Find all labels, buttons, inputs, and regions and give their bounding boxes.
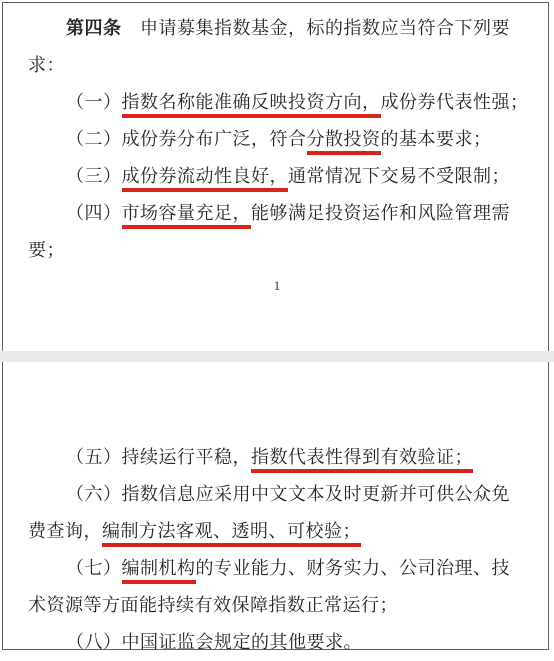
page-separator (0, 351, 554, 362)
text-segment: （六）指数信息应采用中文文本及时更新并可供公众免 (66, 484, 510, 504)
text-segment: 的专业能力、财务实力、公司治理、技 (196, 558, 511, 578)
text-line: （六）指数信息应采用中文文本及时更新并可供公众免 (28, 476, 554, 513)
text-line: 费查询，编制方法客观、透明、可校验； (28, 513, 528, 550)
text-segment: （七） (66, 558, 122, 578)
text-line: （四）市场容量充足，能够满足投资运作和风险管理需 (28, 195, 554, 232)
text-segment: （一） (66, 92, 122, 112)
text-segment: 费查询， (28, 521, 102, 541)
text-segment: 通常情况下交易不受限制； (288, 166, 510, 186)
text-line: （一）指数名称能准确反映投资方向，成份券代表性强； (28, 84, 554, 121)
pages-container: 第四条 申请募集指数基金，标的指数应当符合下列要求：（一）指数名称能准确反映投资… (0, 0, 554, 661)
text-segment: 成份券代表性强； (381, 92, 529, 112)
page-number: 1 (0, 278, 554, 294)
text-segment: 第四条 (66, 18, 122, 38)
text-segment: （八）中国证监会规定的其他要求。 (66, 632, 362, 652)
underlined-segment: 指数代表性得到有效验证； (251, 447, 473, 473)
text-segment: 能够满足投资运作和风险管理需 (251, 203, 510, 223)
text-segment: 求： (28, 55, 65, 75)
text-segment: 术资源等方面能持续有效保障指数正常运行； (28, 595, 398, 615)
document-canvas: 第四条 申请募集指数基金，标的指数应当符合下列要求：（一）指数名称能准确反映投资… (0, 0, 554, 661)
underlined-segment: 指数名称能准确反映投资方向， (122, 92, 381, 118)
text-segment: 要； (28, 240, 65, 260)
text-line: （二）成份券分布广泛，符合分散投资的基本要求； (28, 121, 554, 158)
underlined-segment: 成份券流动性良好， (122, 166, 289, 192)
text-segment: （三） (66, 166, 122, 186)
text-line: （八）中国证监会规定的其他要求。 (28, 624, 554, 661)
underlined-segment: 编制机构 (122, 558, 196, 584)
text-line: 要； (28, 232, 528, 269)
underlined-segment: 市场容量充足， (122, 203, 252, 229)
text-segment: （五）持续运行平稳， (66, 447, 251, 467)
text-line: （七）编制机构的专业能力、财务实力、公司治理、技 (28, 550, 554, 587)
text-segment: （二）成份券分布广泛，符合 (66, 129, 307, 149)
underlined-segment: 分散投资 (307, 129, 381, 155)
text-line: 第四条 申请募集指数基金，标的指数应当符合下列要 (28, 10, 554, 47)
text-line: （三）成份券流动性良好，通常情况下交易不受限制； (28, 158, 554, 195)
text-line: 术资源等方面能持续有效保障指数正常运行； (28, 587, 528, 624)
text-segment: 的基本要求； (381, 129, 492, 149)
underlined-segment: 编制方法客观、透明、可校验； (102, 521, 361, 547)
text-segment: 申请募集指数基金，标的指数应当符合下列要 (122, 18, 511, 38)
text-line: （五）持续运行平稳，指数代表性得到有效验证； (28, 439, 554, 476)
text-segment: （四） (66, 203, 122, 223)
text-line: 求： (28, 47, 528, 84)
